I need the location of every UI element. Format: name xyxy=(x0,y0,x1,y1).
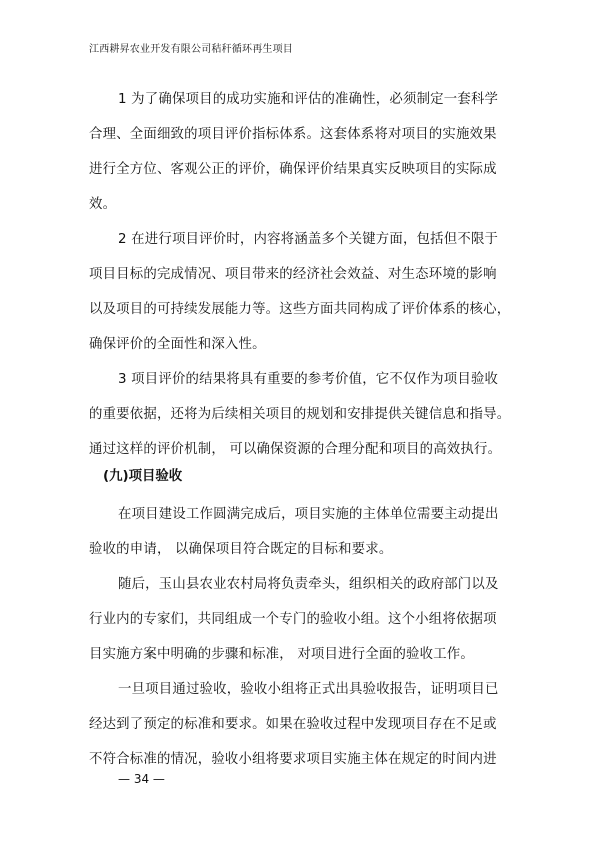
paragraph-line: 以及项目的可持续发展能力等。这些方面共同构成了评价体系的核心， xyxy=(89,298,510,317)
paragraph-line: 行业内的专家们，共同组成一个专门的验收小组。这个小组将依据项 xyxy=(89,608,497,627)
paragraph-line: 项目目标的完成情况、项目带来的经济社会效益、对生态环境的影响 xyxy=(89,263,497,282)
paragraph-line: 1 为了确保项目的成功实施和评估的准确性，必须制定一套科学 xyxy=(118,88,498,107)
paragraph-line: 一旦项目通过验收，验收小组将正式出具验收报告，证明项目已 xyxy=(118,678,499,697)
paragraph-line: 效。 xyxy=(89,193,116,212)
paragraph-line: 通过这样的评价机制， 可以确保资源的合理分配和项目的高效执行。 xyxy=(89,438,501,457)
paragraph-line: 2 在进行项目评价时，内容将涵盖多个关键方面，包括但不限于 xyxy=(118,228,498,247)
paragraph-line: 经达到了预定的标准和要求。如果在验收过程中发现项目存在不足或 xyxy=(89,713,497,732)
paragraph-line: 验收的申请， 以确保项目符合既定的目标和要求。 xyxy=(89,538,392,557)
paragraph-line: 的重要依据，还将为后续相关项目的规划和安排提供关键信息和指导。 xyxy=(89,403,510,422)
paragraph-line: 合理、全面细致的项目评价指标体系。这套体系将对项目的实施效果 xyxy=(89,123,497,142)
paragraph-line: 3 项目评价的结果将具有重要的参考价值，它不仅作为项目验收 xyxy=(118,368,498,387)
section-heading: (九)项目验收 xyxy=(103,465,182,484)
paragraph-line: 在项目建设工作圆满完成后，项目实施的主体单位需要主动提出 xyxy=(118,503,499,522)
page-number: — 34 — xyxy=(118,772,165,786)
paragraph-line: 确保评价的全面性和深入性。 xyxy=(89,333,266,352)
document-header: 江西耕昇农业开发有限公司秸秆循环再生项目 xyxy=(89,40,293,55)
paragraph-line: 进行全方位、客观公正的评价，确保评价结果真实反映项目的实际成 xyxy=(89,158,497,177)
paragraph-line: 目实施方案中明确的步骤和标准， 对项目进行全面的验收工作。 xyxy=(89,643,474,662)
paragraph-line: 不符合标准的情况，验收小组将要求项目实施主体在规定的时间内进 xyxy=(89,748,497,767)
paragraph-line: 随后，玉山县农业农村局将负责牵头，组织相关的政府部门以及 xyxy=(118,573,499,592)
